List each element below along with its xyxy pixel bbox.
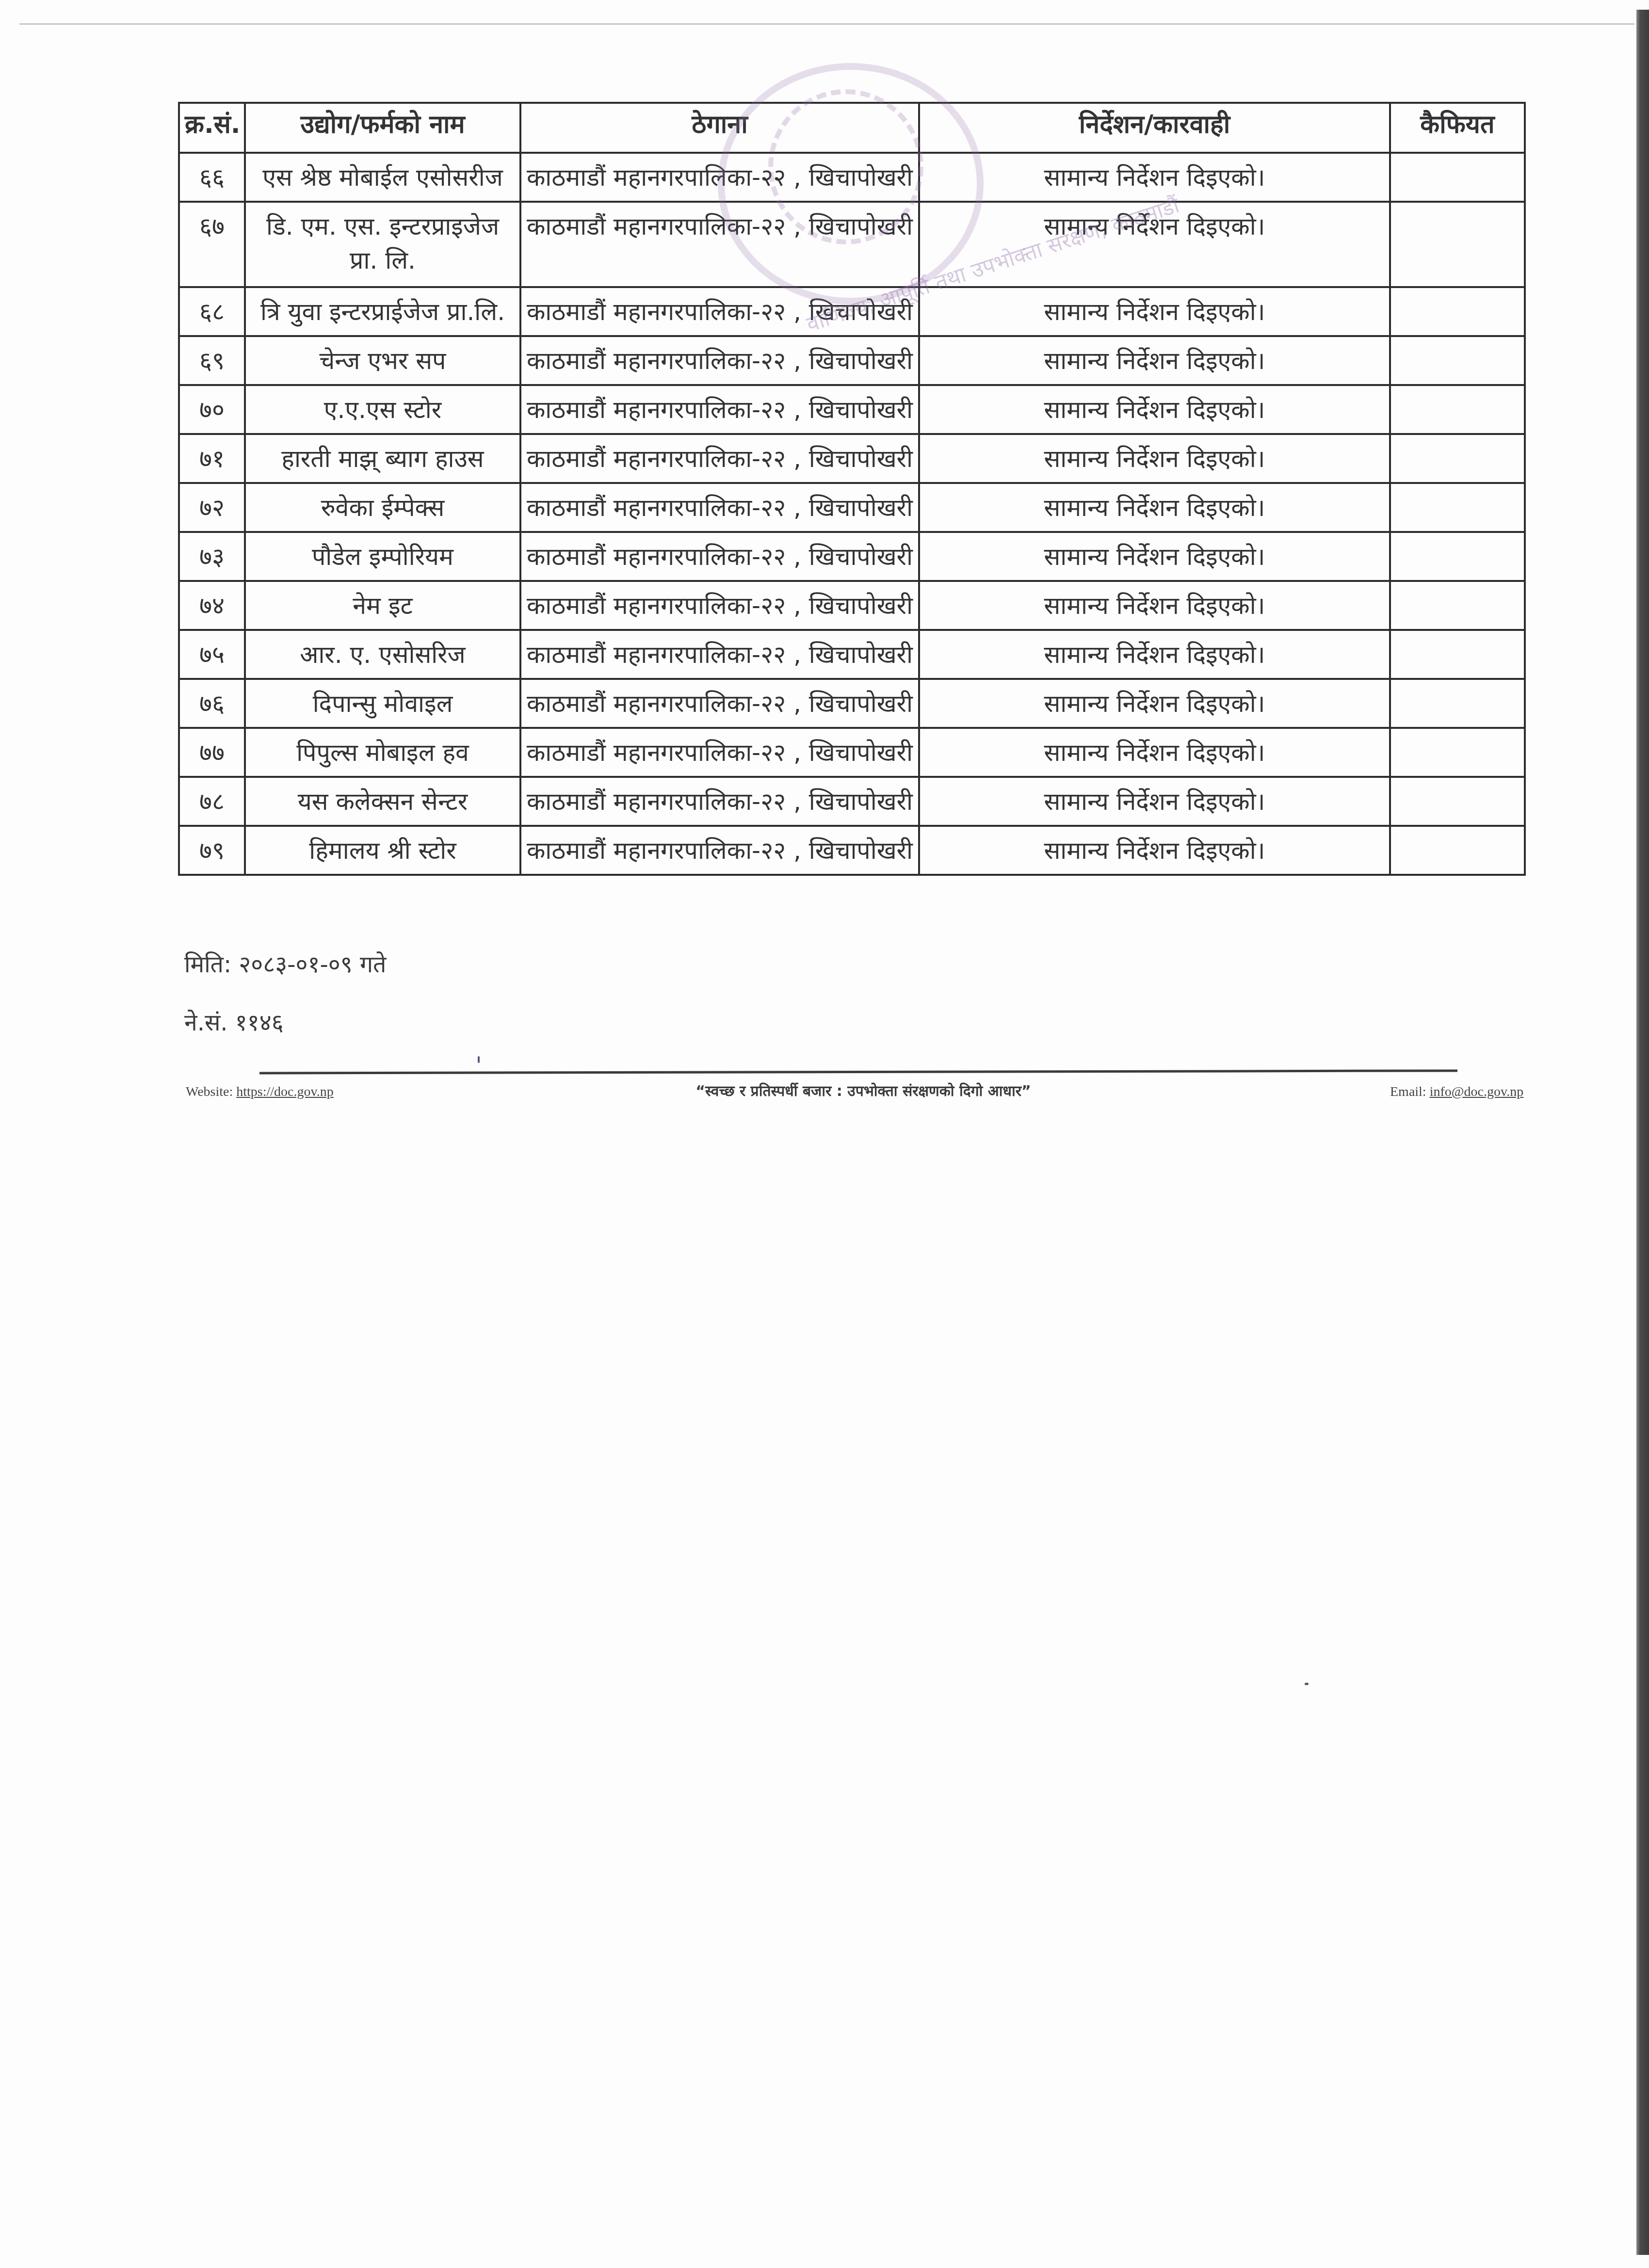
header-serial-number: क्र.सं.: [179, 103, 245, 153]
cell-serial-number: ७०: [179, 385, 245, 434]
cell-firm-name: पौडेल इम्पोरियम: [245, 532, 520, 581]
cell-serial-number: ७४: [179, 581, 245, 630]
cell-address: काठमाडौं महानगरपालिका-२२ , खिचापोखरी: [520, 581, 919, 630]
cell-firm-name: त्रि युवा इन्टरप्राईजेज प्रा.लि.: [245, 287, 520, 336]
cell-serial-number: ६६: [179, 153, 245, 202]
cell-address: काठमाडौं महानगरपालिका-२२ , खिचापोखरी: [520, 532, 919, 581]
cell-firm-name: नेम इट: [245, 581, 520, 630]
table-row: ७३पौडेल इम्पोरियमकाठमाडौं महानगरपालिका-२…: [179, 532, 1525, 581]
cell-remarks: [1390, 434, 1525, 483]
cell-direction-action: सामान्य निर्देशन दिइएको।: [919, 777, 1390, 826]
cell-firm-name: आर. ए. एसोसरिज: [245, 630, 520, 679]
table-row: ७०ए.ए.एस स्टोरकाठमाडौं महानगरपालिका-२२ ,…: [179, 385, 1525, 434]
cell-remarks: [1390, 483, 1525, 532]
cell-serial-number: ६७: [179, 202, 245, 287]
cell-serial-number: ७९: [179, 826, 245, 875]
cell-direction-action: सामान्य निर्देशन दिइएको।: [919, 336, 1390, 385]
cell-serial-number: ७२: [179, 483, 245, 532]
cell-remarks: [1390, 728, 1525, 777]
cell-address: काठमाडौं महानगरपालिका-२२ , खिचापोखरी: [520, 385, 919, 434]
footer-email: Email: info@doc.gov.np: [1390, 1084, 1523, 1100]
cell-address: काठमाडौं महानगरपालिका-२२ , खिचापोखरी: [520, 630, 919, 679]
table-row: ७५आर. ए. एसोसरिजकाठमाडौं महानगरपालिका-२२…: [179, 630, 1525, 679]
cell-remarks: [1390, 385, 1525, 434]
cell-direction-action: सामान्य निर्देशन दिइएको।: [919, 581, 1390, 630]
cell-remarks: [1390, 630, 1525, 679]
cell-remarks: [1390, 153, 1525, 202]
cell-direction-action: सामान्य निर्देशन दिइएको।: [919, 434, 1390, 483]
table-row: ७९हिमालय श्री स्टोरकाठमाडौं महानगरपालिका…: [179, 826, 1525, 875]
cell-direction-action: सामान्य निर्देशन दिइएको।: [919, 202, 1390, 287]
header-remarks: कैफियत: [1390, 103, 1525, 153]
cell-address: काठमाडौं महानगरपालिका-२२ , खिचापोखरी: [520, 679, 919, 728]
cell-direction-action: सामान्य निर्देशन दिइएको।: [919, 385, 1390, 434]
cell-direction-action: सामान्य निर्देशन दिइएको।: [919, 153, 1390, 202]
cell-firm-name: ए.ए.एस स्टोर: [245, 385, 520, 434]
cell-serial-number: ६८: [179, 287, 245, 336]
cell-serial-number: ७६: [179, 679, 245, 728]
cell-firm-name: रुवेका ईम्पेक्स: [245, 483, 520, 532]
document-date: मिति: २०८३-०१-०९ गते: [184, 948, 386, 980]
cell-address: काठमाडौं महानगरपालिका-२२ , खिचापोखरी: [520, 336, 919, 385]
cell-remarks: [1390, 581, 1525, 630]
cell-firm-name: यस कलेक्सन सेन्टर: [245, 777, 520, 826]
cell-firm-name: हिमालय श्री स्टोर: [245, 826, 520, 875]
top-rule: [19, 23, 1634, 25]
cell-firm-name: डि. एम. एस. इन्टरप्राइजेज प्रा. लि.: [245, 202, 520, 287]
cell-firm-name: हारती माझ् ब्याग हाउस: [245, 434, 520, 483]
cell-serial-number: ७३: [179, 532, 245, 581]
cell-remarks: [1390, 532, 1525, 581]
cell-address: काठमाडौं महानगरपालिका-२२ , खिचापोखरी: [520, 153, 919, 202]
cell-serial-number: ६९: [179, 336, 245, 385]
cell-direction-action: सामान्य निर्देशन दिइएको।: [919, 630, 1390, 679]
email-link[interactable]: info@doc.gov.np: [1430, 1084, 1524, 1099]
cell-remarks: [1390, 287, 1525, 336]
email-label: Email:: [1390, 1084, 1426, 1099]
table-body: ६६एस श्रेष्ठ मोबाईल एसोसरीजकाठमाडौं महान…: [179, 153, 1525, 875]
footer-divider: [259, 1069, 1457, 1074]
cell-remarks: [1390, 826, 1525, 875]
cell-direction-action: सामान्य निर्देशन दिइएको।: [919, 826, 1390, 875]
table-row: ६९चेन्ज एभर सपकाठमाडौं महानगरपालिका-२२ ,…: [179, 336, 1525, 385]
cell-address: काठमाडौं महानगरपालिका-२२ , खिचापोखरी: [520, 483, 919, 532]
table-row: ७४नेम इटकाठमाडौं महानगरपालिका-२२ , खिचाप…: [179, 581, 1525, 630]
table-header-row: क्र.सं. उद्योग/फर्मको नाम ठेगाना निर्देश…: [179, 103, 1525, 153]
footer-website: Website: https://doc.gov.np: [186, 1084, 334, 1100]
scan-speck: [1305, 1683, 1309, 1685]
table-row: ७२रुवेका ईम्पेक्सकाठमाडौं महानगरपालिका-२…: [179, 483, 1525, 532]
header-direction-action: निर्देशन/कारवाही: [919, 103, 1390, 153]
cell-remarks: [1390, 336, 1525, 385]
cell-firm-name: पिपुल्स मोबाइल हव: [245, 728, 520, 777]
cell-address: काठमाडौं महानगरपालिका-२२ , खिचापोखरी: [520, 287, 919, 336]
cell-address: काठमाडौं महानगरपालिका-२२ , खिचापोखरी: [520, 202, 919, 287]
cell-address: काठमाडौं महानगरपालिका-२२ , खिचापोखरी: [520, 777, 919, 826]
cell-direction-action: सामान्य निर्देशन दिइएको।: [919, 483, 1390, 532]
table-row: ६७डि. एम. एस. इन्टरप्राइजेज प्रा. लि.काठ…: [179, 202, 1525, 287]
cell-serial-number: ७८: [179, 777, 245, 826]
table-row: ७८यस कलेक्सन सेन्टरकाठमाडौं महानगरपालिका…: [179, 777, 1525, 826]
cell-direction-action: सामान्य निर्देशन दिइएको।: [919, 728, 1390, 777]
table-row: ७६दिपान्सु मोवाइलकाठमाडौं महानगरपालिका-२…: [179, 679, 1525, 728]
cell-serial-number: ७५: [179, 630, 245, 679]
cell-firm-name: चेन्ज एभर सप: [245, 336, 520, 385]
table-row: ७७पिपुल्स मोबाइल हवकाठमाडौं महानगरपालिका…: [179, 728, 1525, 777]
cell-remarks: [1390, 679, 1525, 728]
cell-firm-name: दिपान्सु मोवाइल: [245, 679, 520, 728]
scan-speck: [478, 1056, 480, 1063]
cell-serial-number: ७७: [179, 728, 245, 777]
cell-direction-action: सामान्य निर्देशन दिइएको।: [919, 679, 1390, 728]
cell-firm-name: एस श्रेष्ठ मोबाईल एसोसरीज: [245, 153, 520, 202]
table-row: ६८त्रि युवा इन्टरप्राईजेज प्रा.लि.काठमाड…: [179, 287, 1525, 336]
website-label: Website:: [186, 1084, 233, 1099]
cell-address: काठमाडौं महानगरपालिका-२२ , खिचापोखरी: [520, 434, 919, 483]
scan-edge-shadow: [1636, 10, 1649, 2255]
website-link[interactable]: https://doc.gov.np: [236, 1084, 333, 1099]
header-address: ठेगाना: [520, 103, 919, 153]
cell-serial-number: ७१: [179, 434, 245, 483]
nepal-sambat-year: ने.सं. ११४६: [184, 1006, 284, 1038]
footer-slogan: “स्वच्छ र प्रतिस्पर्धी बजार : उपभोक्ता स…: [669, 1080, 1057, 1100]
table-row: ७१हारती माझ् ब्याग हाउसकाठमाडौं महानगरपा…: [179, 434, 1525, 483]
cell-direction-action: सामान्य निर्देशन दिइएको।: [919, 532, 1390, 581]
inspection-table: क्र.सं. उद्योग/फर्मको नाम ठेगाना निर्देश…: [178, 102, 1526, 876]
table-row: ६६एस श्रेष्ठ मोबाईल एसोसरीजकाठमाडौं महान…: [179, 153, 1525, 202]
header-firm-name: उद्योग/फर्मको नाम: [245, 103, 520, 153]
cell-address: काठमाडौं महानगरपालिका-२२ , खिचापोखरी: [520, 826, 919, 875]
cell-address: काठमाडौं महानगरपालिका-२२ , खिचापोखरी: [520, 728, 919, 777]
cell-remarks: [1390, 777, 1525, 826]
cell-remarks: [1390, 202, 1525, 287]
cell-direction-action: सामान्य निर्देशन दिइएको।: [919, 287, 1390, 336]
